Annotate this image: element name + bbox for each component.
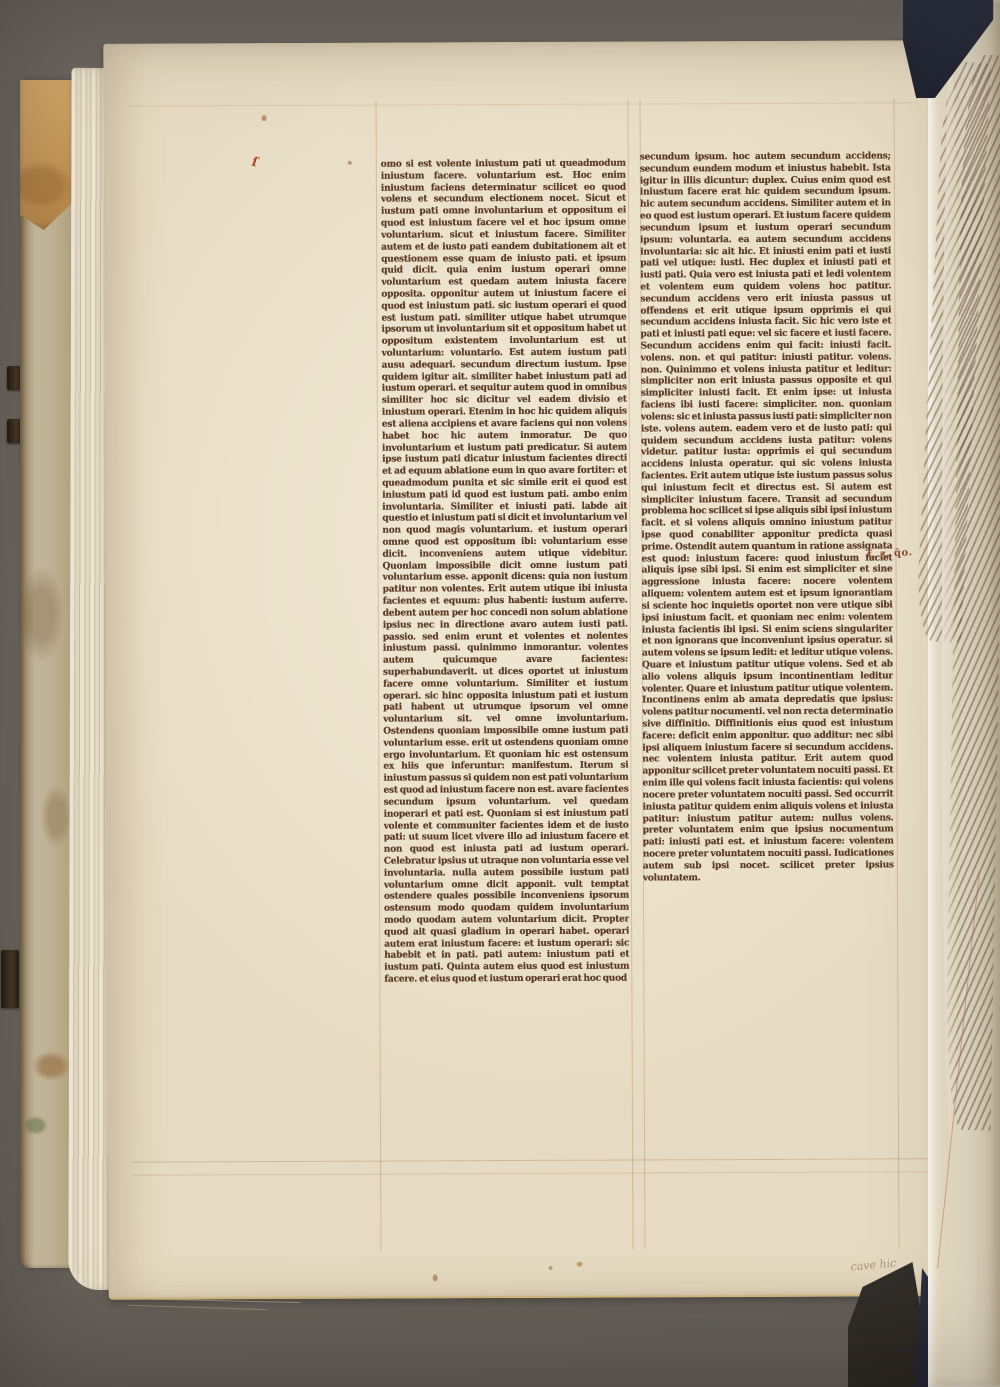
clasp-remnant (1, 950, 19, 1008)
spine-vellum (20, 80, 72, 1268)
manuscript-photo: ſ omo si est volente iniustum pati ut qu… (0, 0, 1000, 1387)
stain (433, 1274, 438, 1281)
leather-corner (20, 80, 72, 230)
text-column-right: secundum ipsum. hoc autem secundum accid… (640, 150, 895, 1023)
leaf-edge-line (128, 1305, 268, 1310)
ruling-line (128, 102, 918, 106)
fore-edge-gutter-highlight (942, 60, 960, 1140)
ruling-line (894, 98, 900, 1248)
ruling-line (132, 1171, 932, 1175)
fore-edge-pages (928, 0, 1000, 1387)
margin-note: f. ʒ. q̄o. (867, 547, 913, 561)
rubric-mark: ſ (250, 155, 260, 171)
corner-note: cave hic (850, 1256, 897, 1273)
stain (549, 1266, 553, 1270)
stain (348, 161, 352, 165)
ruling-line (132, 1158, 932, 1162)
text-column-left: omo si est volente iniustum pati ut quea… (381, 158, 630, 1029)
stain (262, 115, 267, 121)
manuscript-page: ſ omo si est volente iniustum pati ut qu… (103, 40, 938, 1300)
ruling-line (628, 100, 634, 1250)
stain (577, 1262, 583, 1267)
